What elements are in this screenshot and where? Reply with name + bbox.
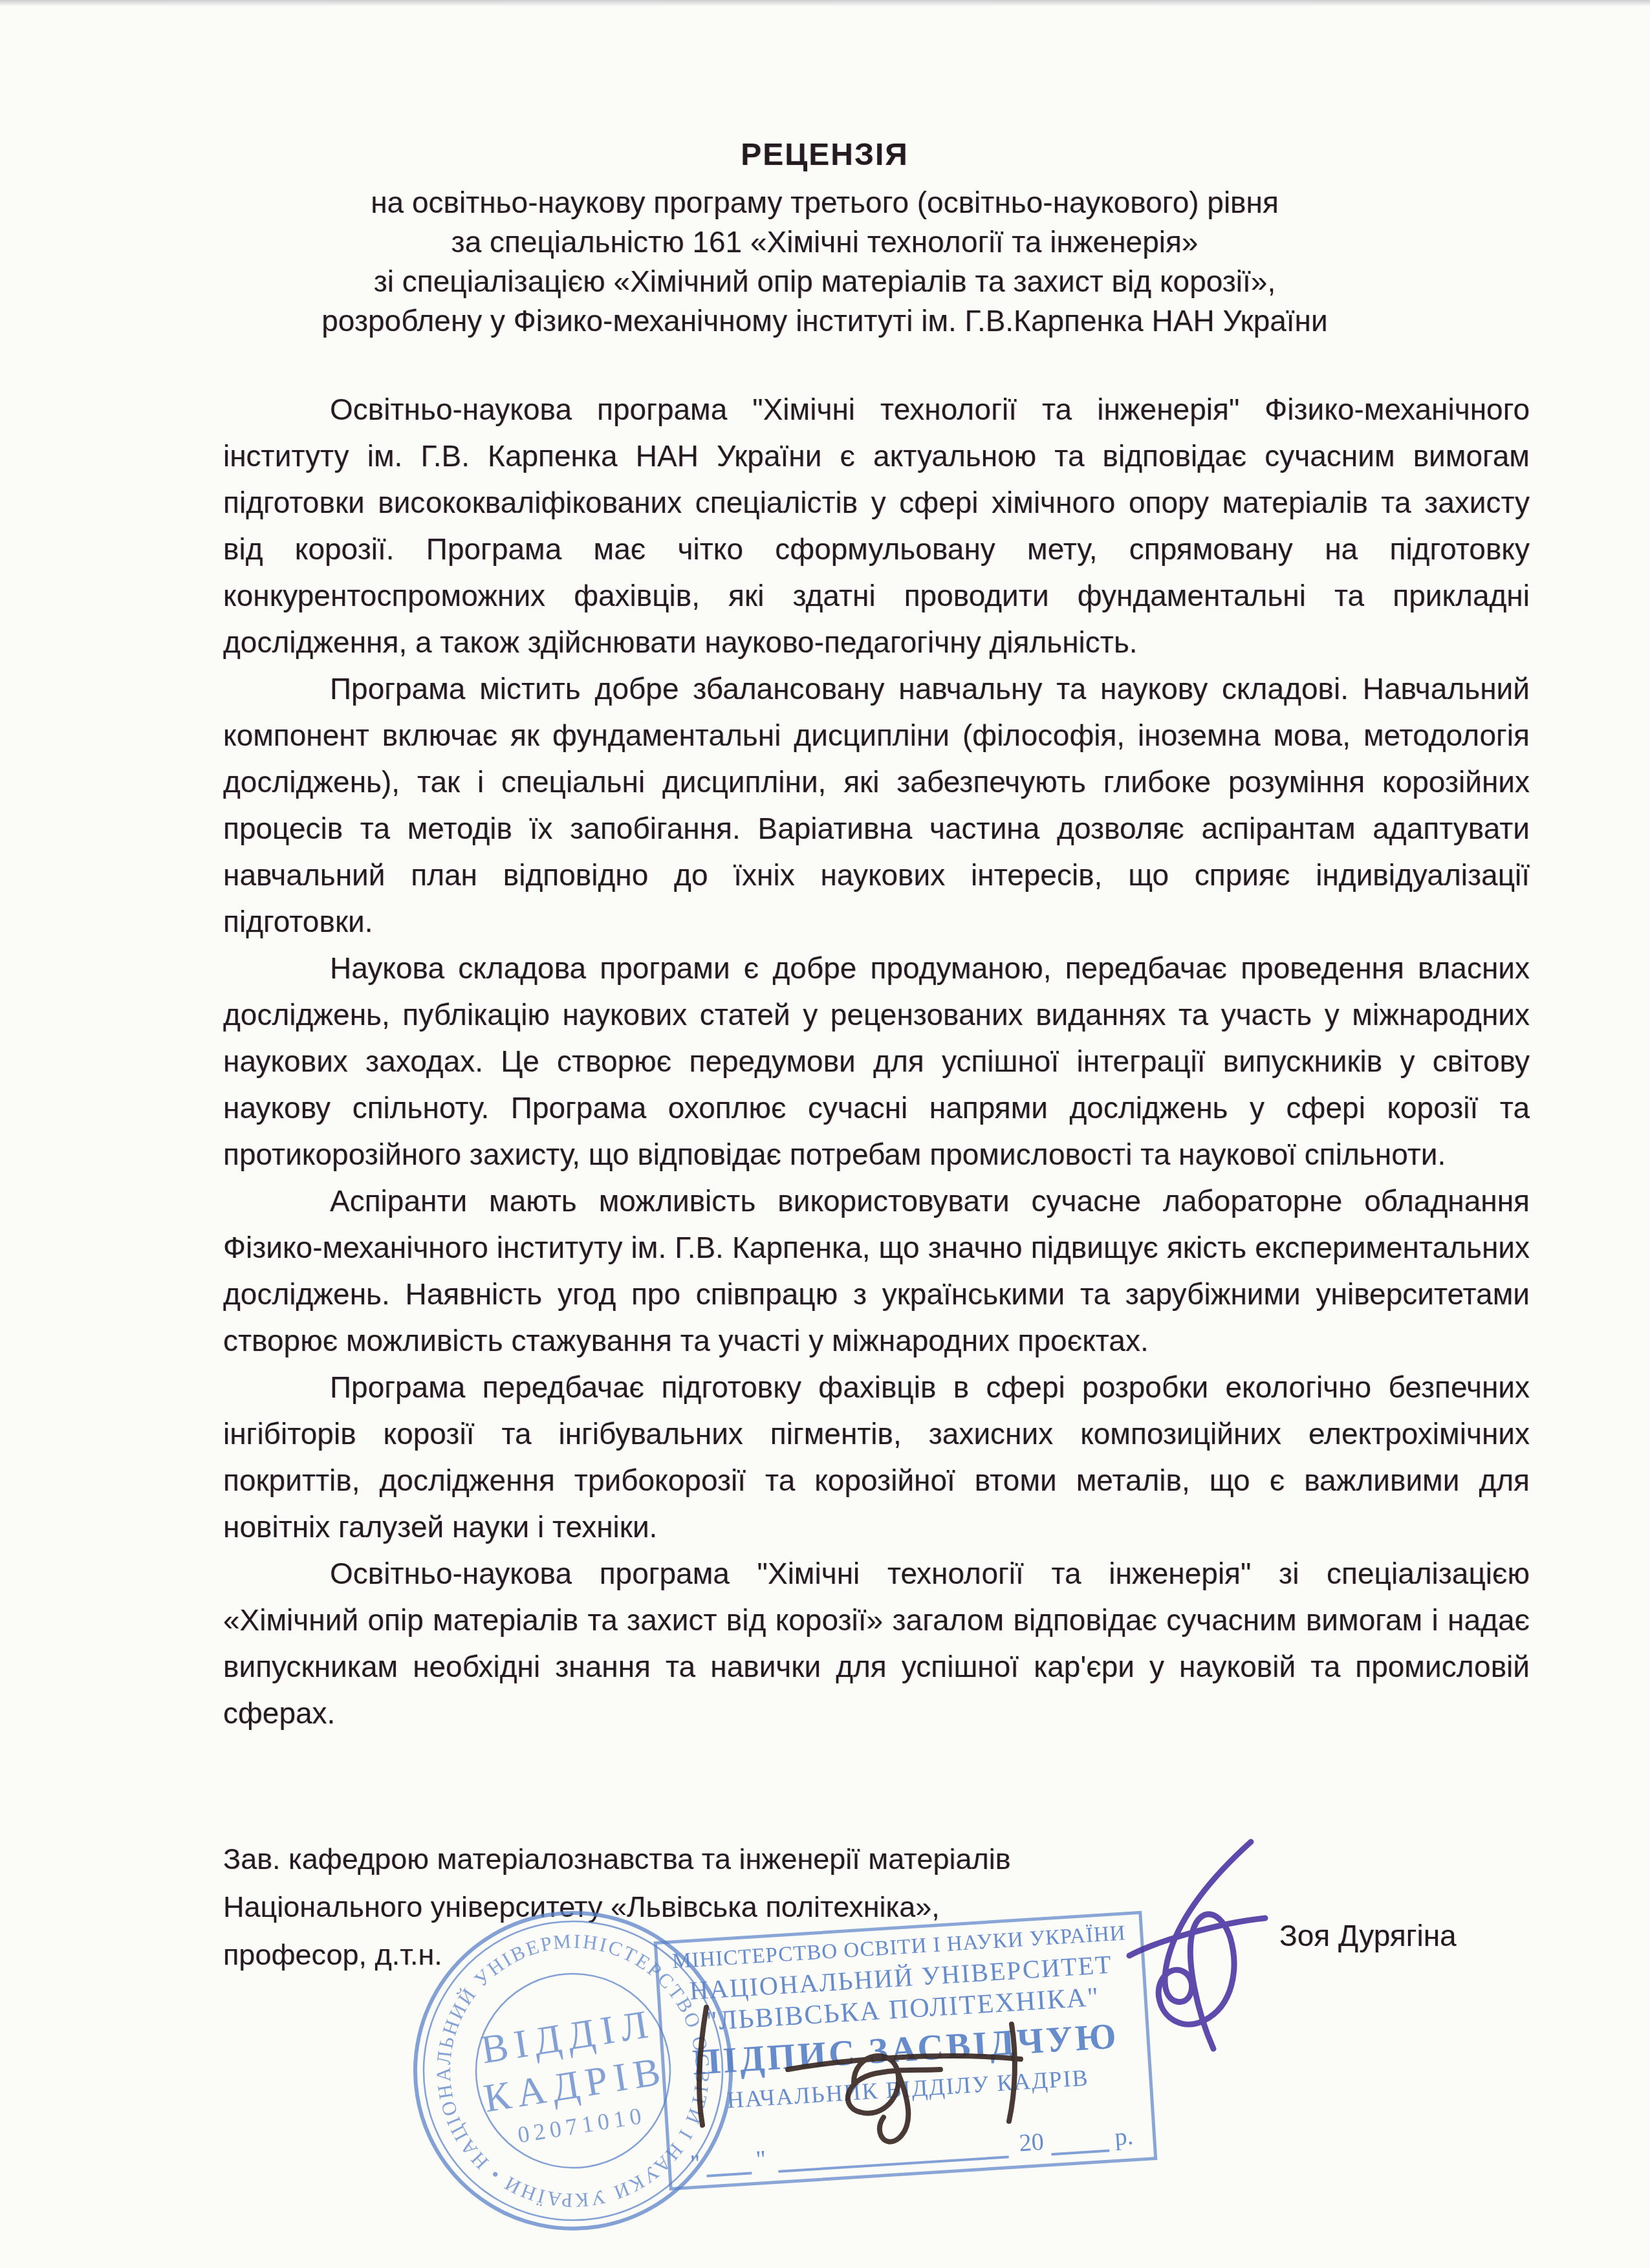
scanned-review-page: РЕЦЕНЗІЯ на освітньо-наукову програму тр… xyxy=(0,0,1650,2268)
date-day-line xyxy=(706,2172,752,2177)
signer-position-line-1: Зав. кафедрою матеріалознавства та інжен… xyxy=(223,1835,1530,1883)
subtitle-line-2: за спеціальністю 161 «Хімічні технології… xyxy=(103,222,1546,262)
paragraph-5: Програма передбачає підготовку фахівців … xyxy=(223,1364,1530,1550)
paragraph-6: Освітньо-наукова програма "Хімічні техно… xyxy=(223,1550,1530,1736)
document-title: РЕЦЕНЗІЯ xyxy=(103,137,1546,173)
paragraph-2: Програма містить добре збалансовану навч… xyxy=(223,665,1530,945)
title-block: РЕЦЕНЗІЯ на освітньо-наукову програму тр… xyxy=(103,137,1546,341)
paragraph-1: Освітньо-наукова програма "Хімічні техно… xyxy=(223,386,1530,665)
date-year-line xyxy=(1051,2150,1109,2156)
subtitle-line-4: розроблену у Фізико-механічному інститут… xyxy=(103,301,1546,341)
date-year-suffix: р. xyxy=(1114,2122,1134,2152)
paragraph-3: Наукова складова програми є добре продум… xyxy=(223,945,1530,1178)
document-body: Освітньо-наукова програма "Хімічні техно… xyxy=(223,386,1530,1736)
handwritten-signature-dark xyxy=(684,1984,1059,2159)
paragraph-4: Аспіранти мають можливість використовува… xyxy=(223,1178,1530,1364)
subtitle-line-3: зі спеціалізацією «Хімічний опір матеріа… xyxy=(103,262,1546,301)
signer-name: Зоя Дурягіна xyxy=(1279,1918,1457,1953)
handwritten-signature-purple xyxy=(1047,1828,1273,2054)
subtitle-line-1: на освітньо-наукову програму третього (о… xyxy=(103,183,1546,222)
